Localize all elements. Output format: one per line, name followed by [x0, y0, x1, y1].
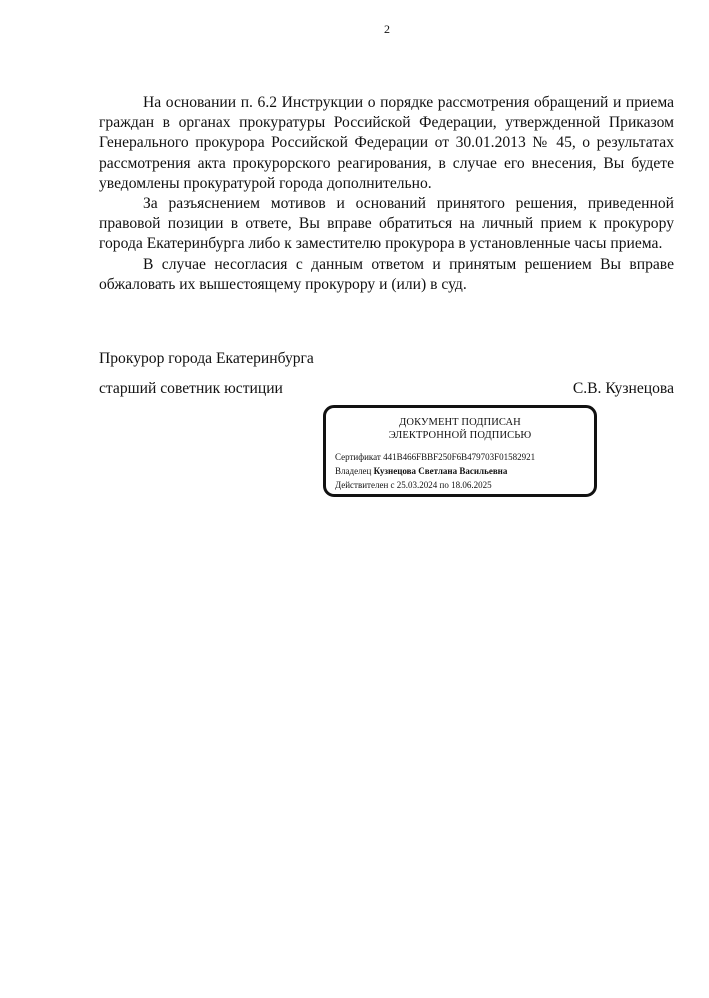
valid-label: Действителен	[335, 480, 388, 490]
valid-to: 18.06.2025	[451, 480, 492, 490]
paragraph-clarification: За разъяснением мотивов и оснований прин…	[99, 194, 674, 255]
stamp-owner: Владелец Кузнецова Светлана Васильевна	[335, 466, 507, 476]
electronic-signature-stamp: ДОКУМЕНТ ПОДПИСАН ЭЛЕКТРОННОЙ ПОДПИСЬЮ С…	[323, 405, 597, 497]
valid-from-prefix: с	[391, 480, 395, 490]
valid-to-prefix: по	[440, 480, 449, 490]
certificate-label: Сертификат	[335, 452, 381, 462]
stamp-validity: Действителен с 25.03.2024 по 18.06.2025	[335, 480, 492, 490]
stamp-heading: ДОКУМЕНТ ПОДПИСАН ЭЛЕКТРОННОЙ ПОДПИСЬЮ	[326, 416, 594, 442]
certificate-value: 441B466FBBF250F6B479703F01582921	[383, 452, 535, 462]
page-number: 2	[0, 22, 709, 37]
letter-body: На основании п. 6.2 Инструкции о порядке…	[99, 93, 674, 295]
valid-from: 25.03.2024	[397, 480, 438, 490]
stamp-heading-line2: ЭЛЕКТРОННОЙ ПОДПИСЬЮ	[326, 429, 594, 442]
stamp-certificate: Сертификат 441B466FBBF250F6B479703F01582…	[335, 452, 535, 462]
signatory-rank: старший советник юстиции	[99, 380, 283, 398]
paragraph-notification: На основании п. 6.2 Инструкции о порядке…	[99, 93, 674, 194]
stamp-heading-line1: ДОКУМЕНТ ПОДПИСАН	[326, 416, 594, 429]
paragraph-appeal: В случае несогласия с данным ответом и п…	[99, 255, 674, 295]
signatory-position: Прокурор города Екатеринбурга	[99, 350, 314, 368]
owner-value: Кузнецова Светлана Васильевна	[374, 466, 508, 476]
signatory-name: С.В. Кузнецова	[573, 380, 674, 398]
owner-label: Владелец	[335, 466, 371, 476]
